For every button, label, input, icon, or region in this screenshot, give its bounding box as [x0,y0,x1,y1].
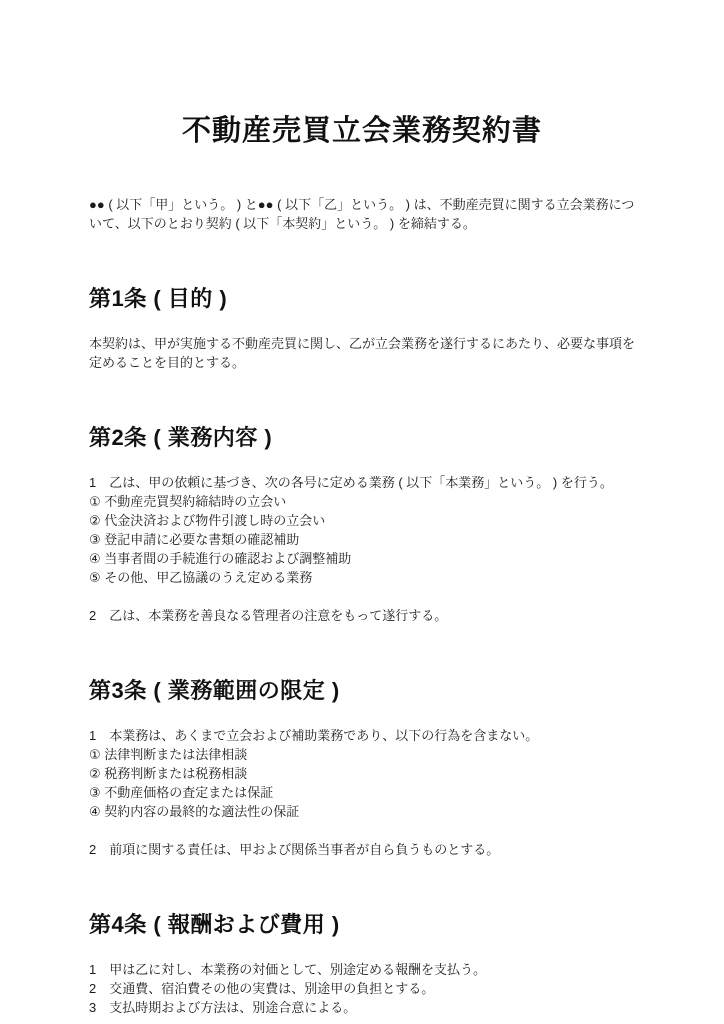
article-4-fees-and-expenses: 第4条 ( 報酬および費用 ) 1 甲は乙に対し、本業務の対価として、別途定める… [89,908,635,1017]
article-3-lead: 1 本業務は、あくまで立会および補助業務であり、以下の行為を含まない。 [89,726,635,745]
article-2-item: ④ 当事者間の手続進行の確認および調整補助 [89,549,635,568]
article-1-purpose: 第1条 ( 目的 ) 本契約は、甲が実施する不動産売買に関し、乙が立会業務を遂行… [89,282,635,372]
article-3-heading: 第3条 ( 業務範囲の限定 ) [89,674,635,705]
article-2-item: ③ 登記申請に必要な書類の確認補助 [89,530,635,549]
article-2-closing: 2 乙は、本業務を善良なる管理者の注意をもって遂行する。 [89,606,635,625]
article-2-item: ⑤ その他、甲乙協議のうえ定める業務 [89,568,635,587]
article-2-item: ② 代金決済および物件引渡し時の立会い [89,511,635,530]
article-2-lead: 1 乙は、甲の依頼に基づき、次の各号に定める業務 ( 以下「本業務」という。 )… [89,473,635,492]
article-3-item: ③ 不動産価格の査定または保証 [89,783,635,802]
article-3-limitation-of-scope: 第3条 ( 業務範囲の限定 ) 1 本業務は、あくまで立会および補助業務であり、… [89,674,635,859]
contract-document-page: 不動産売買立会業務契約書 ●● ( 以下「甲」という。 ) と●● ( 以下「乙… [0,0,724,1024]
article-3-item: ② 税務判断または税務相談 [89,764,635,783]
article-4-item: 1 甲は乙に対し、本業務の対価として、別途定める報酬を支払う。 [89,960,635,979]
article-3-item: ④ 契約内容の最終的な適法性の保証 [89,802,635,821]
article-3-closing: 2 前項に関する責任は、甲および関係当事者が自ら負うものとする。 [89,840,635,859]
article-4-heading: 第4条 ( 報酬および費用 ) [89,908,635,939]
article-4-item-list: 1 甲は乙に対し、本業務の対価として、別途定める報酬を支払う。 2 交通費、宿泊… [89,960,635,1017]
article-1-body: 本契約は、甲が実施する不動産売買に関し、乙が立会業務を遂行するにあたり、必要な事… [89,334,635,372]
article-3-item-list: ① 法律判断または法律相談 ② 税務判断または税務相談 ③ 不動産価格の査定また… [89,745,635,821]
document-title: 不動産売買立会業務契約書 [89,108,635,149]
article-1-heading: 第1条 ( 目的 ) [89,282,635,313]
article-2-item: ① 不動産売買契約締結時の立会い [89,492,635,511]
article-2-scope-of-services: 第2条 ( 業務内容 ) 1 乙は、甲の依頼に基づき、次の各号に定める業務 ( … [89,421,635,625]
article-2-item-list: ① 不動産売買契約締結時の立会い ② 代金決済および物件引渡し時の立会い ③ 登… [89,492,635,587]
article-4-item: 3 支払時期および方法は、別途合意による。 [89,998,635,1017]
article-4-item: 2 交通費、宿泊費その他の実費は、別途甲の負担とする。 [89,979,635,998]
article-3-item: ① 法律判断または法律相談 [89,745,635,764]
intro-paragraph: ●● ( 以下「甲」という。 ) と●● ( 以下「乙」という。 ) は、不動産… [89,195,635,233]
article-2-heading: 第2条 ( 業務内容 ) [89,421,635,452]
